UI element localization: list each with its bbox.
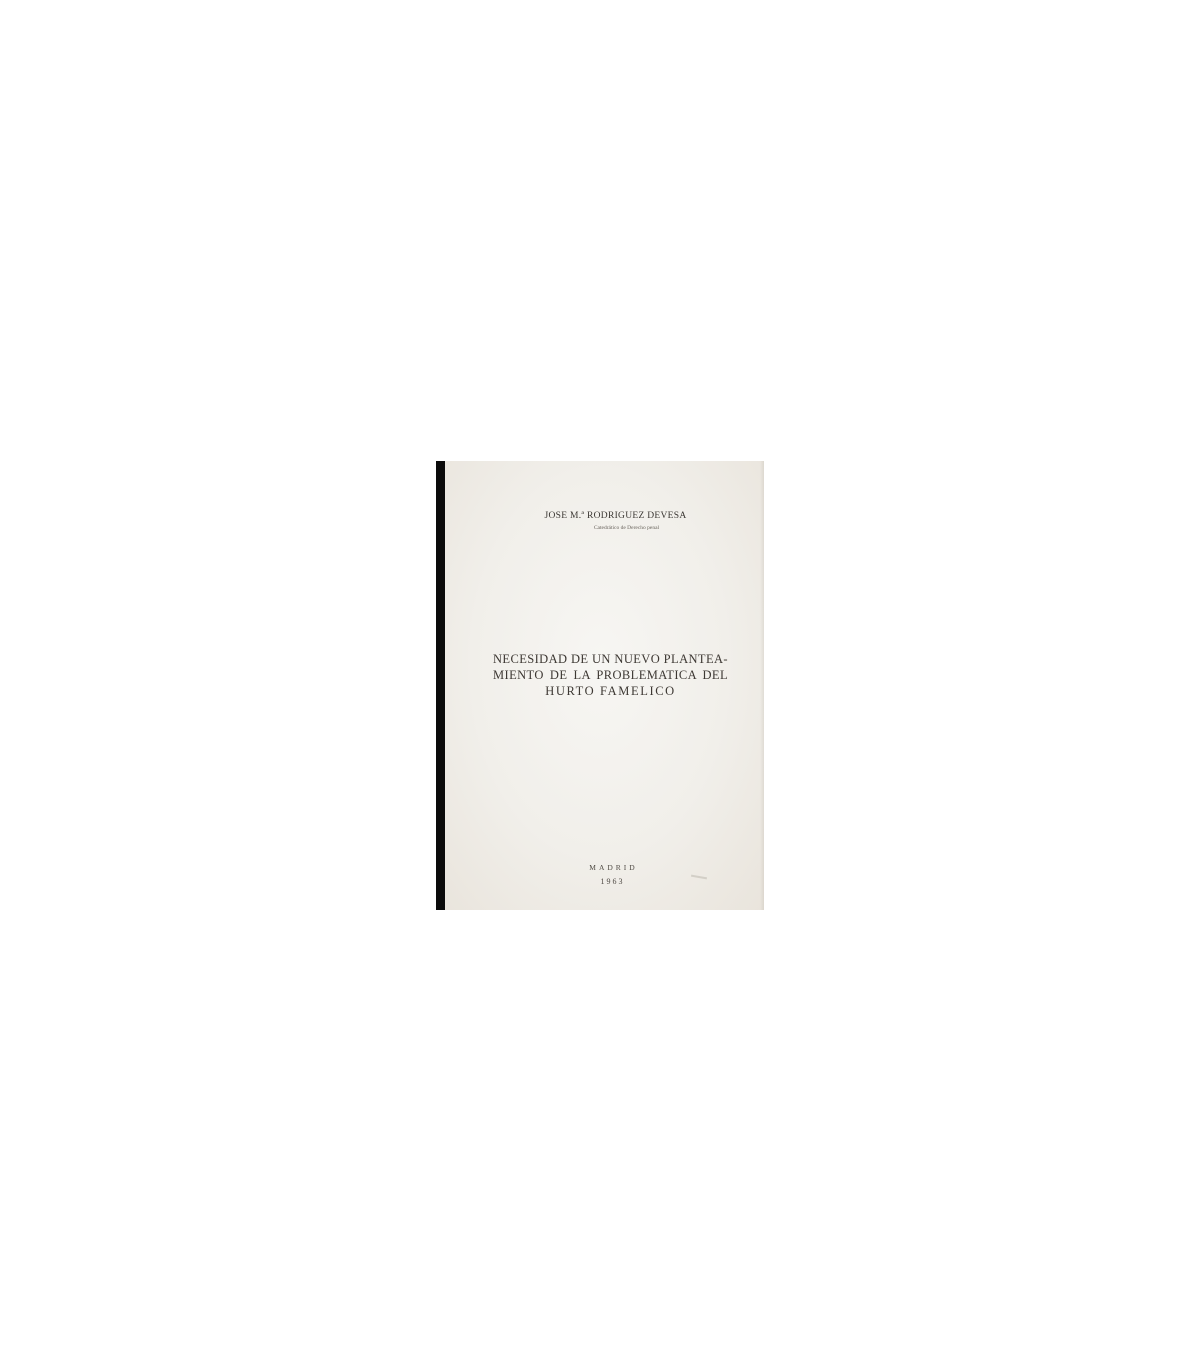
page-edge-shadow [760,461,764,910]
book-cover: JOSE M.ª RODRIGUEZ DEVESA Catedrático de… [436,461,764,910]
cover-content: JOSE M.ª RODRIGUEZ DEVESA Catedrático de… [445,461,764,910]
title-line: NECESIDAD DE UN NUEVO PLANTEA- [493,651,728,667]
author-affiliation: Catedrático de Derecho penal [445,525,764,531]
title-line: MIENTO DE LA PROBLEMATICA DEL [493,667,728,683]
publication-place: MADRID [445,863,764,872]
book-spine [436,461,445,910]
title-line: HURTO FAMELICO [493,683,728,699]
publication-year: 1963 [445,877,764,886]
author-name: JOSE M.ª RODRIGUEZ DEVESA [445,511,764,521]
book-title: NECESIDAD DE UN NUEVO PLANTEA- MIENTO DE… [493,651,728,699]
